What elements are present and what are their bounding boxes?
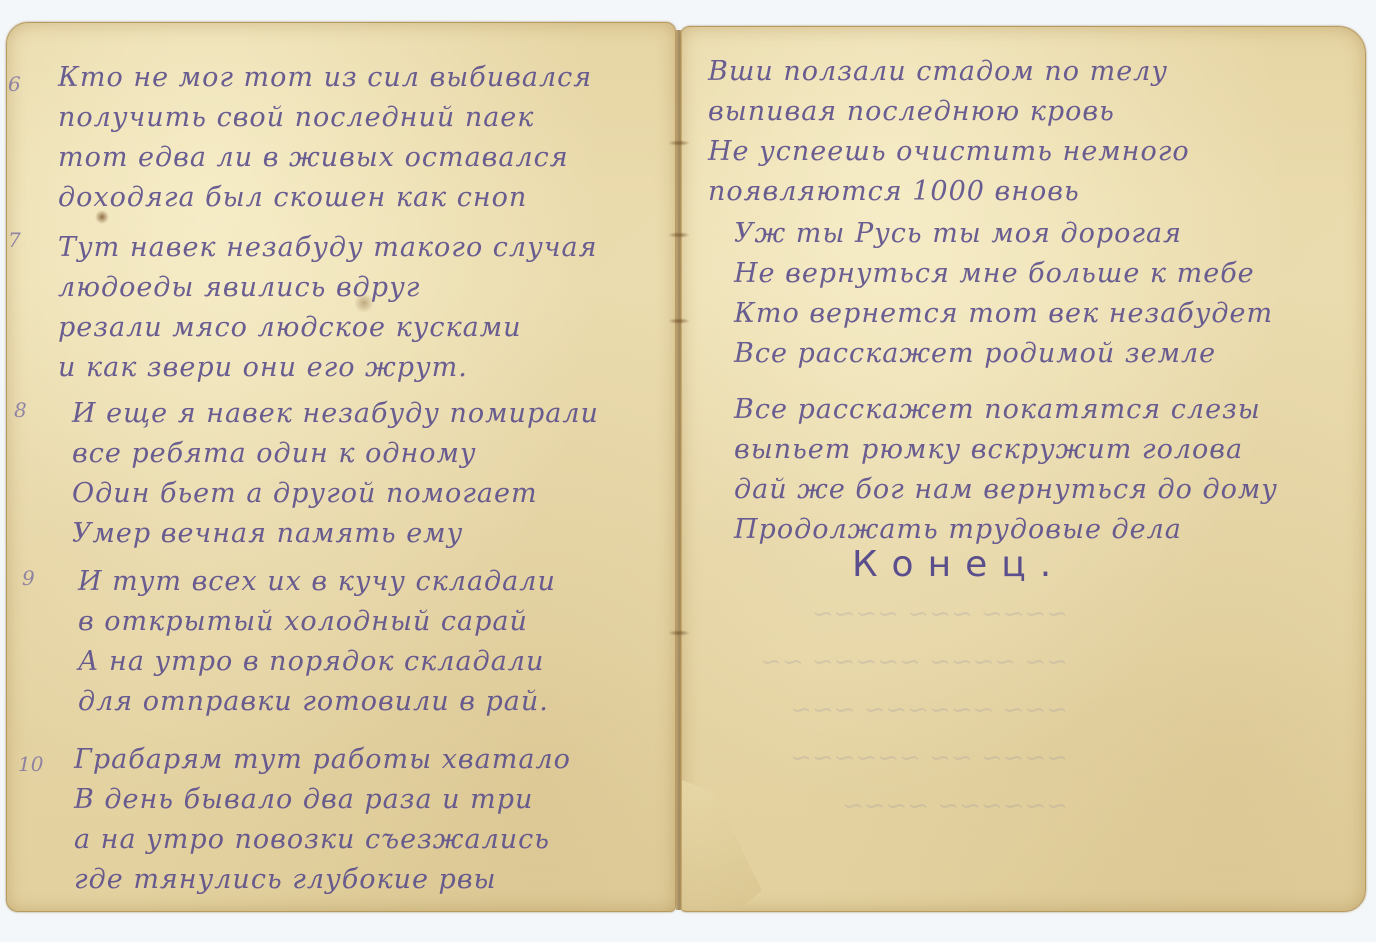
verse-line: Один бьет а другой помогает <box>72 474 599 514</box>
verse-line: Грабарям тут работы хватало <box>74 740 571 780</box>
verse-line: Умер вечная память ему <box>72 514 599 554</box>
verse-13: Все расскажет покатятся слезы выпьет рюм… <box>734 390 1278 550</box>
verse-9: И тут всех их в кучу складали в открытый… <box>78 562 556 722</box>
verse-line: И еще я навек незабуду помирали <box>72 394 599 434</box>
verse-line: появляются 1000 вновь <box>708 172 1190 212</box>
verse-number: 9 <box>22 566 35 590</box>
verse-line: Кто вернется тот век незабудет <box>734 294 1273 334</box>
verse-8: И еще я навек незабуду помирали все ребя… <box>72 394 599 554</box>
binding-spine <box>676 30 682 910</box>
verse-line: выпьет рюмку вскружит голова <box>734 430 1278 470</box>
verse-number: 6 <box>8 72 21 96</box>
verse-line: Тут навек незабуду такого случая <box>58 228 598 268</box>
verse-11: Вши ползали стадом по телу выпивая после… <box>708 52 1190 212</box>
verse-line: получить свой последний паек <box>58 98 592 138</box>
verse-line: дай же бог нам вернуться до дому <box>734 470 1278 510</box>
verse-6: Кто не мог тот из сил выбивался получить… <box>58 58 592 218</box>
verse-line: В день бывало два раза и три <box>74 780 571 820</box>
verse-10: Грабарям тут работы хватало В день бывал… <box>74 740 571 900</box>
notebook-spread: ~~~~ ~~~ ~~~~ ~~ ~~~~ ~~~~~ ~~ ~~~ ~~~~~… <box>0 0 1376 942</box>
binding-stitch <box>668 140 690 146</box>
verse-line: Вши ползали стадом по телу <box>708 52 1190 92</box>
verse-line: резали мясо людское кусками <box>58 308 598 348</box>
binding-stitch <box>668 232 690 238</box>
verse-number: 10 <box>18 752 43 776</box>
verse-number: 8 <box>14 398 27 422</box>
verse-line: все ребята один к одному <box>72 434 599 474</box>
verse-line: выпивая последнюю кровь <box>708 92 1190 132</box>
binding-stitch <box>668 318 690 324</box>
verse-number: 7 <box>8 228 21 252</box>
verse-line: людоеды явились вдруг <box>58 268 598 308</box>
verse-line: Кто не мог тот из сил выбивался <box>58 58 592 98</box>
verse-7: Тут навек незабуду такого случая людоеды… <box>58 228 598 388</box>
verse-line: где тянулись глубокие рвы <box>74 860 571 900</box>
verse-line: Не вернуться мне больше к тебе <box>734 254 1273 294</box>
binding-stitch <box>668 630 690 636</box>
verse-line: Уж ты Русь ты моя дорогая <box>734 214 1273 254</box>
verse-line: для отправки готовили в рай. <box>78 682 556 722</box>
verse-line: Все расскажет родимой земле <box>734 334 1273 374</box>
verse-line: Не успеешь очистить немного <box>708 132 1190 172</box>
verse-line: а на утро повозки съезжались <box>74 820 571 860</box>
show-through-writing: ~~~~ ~~~ ~~~~ ~~ ~~~~ ~~~~~ ~~ ~~~ ~~~~~… <box>760 590 1068 830</box>
verse-line: Все расскажет покатятся слезы <box>734 390 1278 430</box>
verse-12: Уж ты Русь ты моя дорогая Не вернуться м… <box>734 214 1273 374</box>
verse-line: и как звери они его жрут. <box>58 348 598 388</box>
verse-line: тот едва ли в живых оставался <box>58 138 592 178</box>
verse-line: доходяга был скошен как сноп <box>58 178 592 218</box>
verse-line: А на утро в порядок складали <box>78 642 556 682</box>
end-mark: Конец. <box>852 544 1065 585</box>
verse-line: И тут всех их в кучу складали <box>78 562 556 602</box>
verse-line: в открытый холодный сарай <box>78 602 556 642</box>
